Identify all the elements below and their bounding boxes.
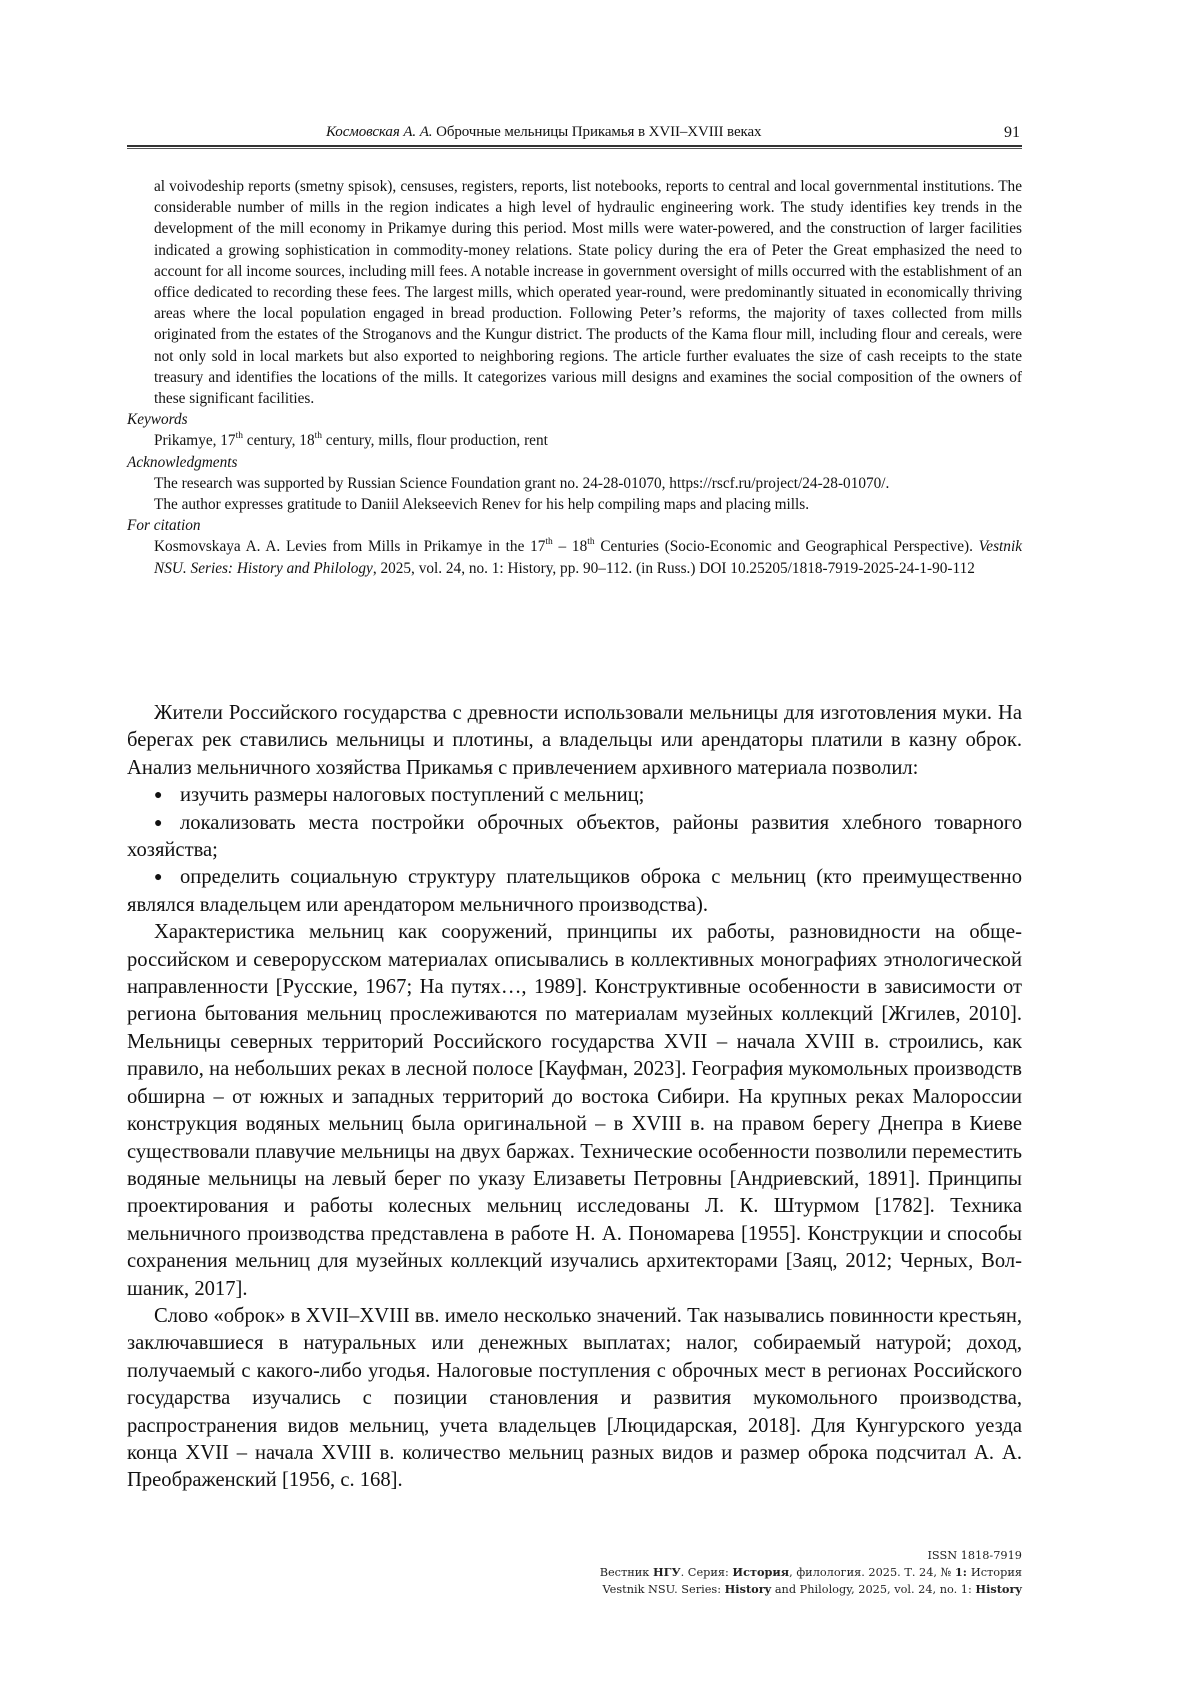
bullet-icon: ● bbox=[154, 864, 180, 891]
running-head-title: Космовская А. А. Оброчные мельницы Прика… bbox=[326, 124, 761, 141]
page-number: 91 bbox=[1004, 124, 1020, 142]
acknowledgment-grant: The research was supported by Russian Sc… bbox=[154, 473, 1022, 494]
running-head-author: Космовская А. А. bbox=[326, 124, 432, 140]
footer-en: Vestnik NSU. Series: History and Philolo… bbox=[522, 1581, 1022, 1598]
abstract-section: al voivodeship reports (smetny spisok), … bbox=[127, 176, 1022, 579]
citation-text: Kosmovskaya A. A. Levies from Mills in P… bbox=[154, 536, 1022, 578]
footer-ru: Вестник НГУ. Серия: История, филология. … bbox=[522, 1564, 1022, 1581]
main-text: Жители Российского государства с древнос… bbox=[127, 700, 1022, 1495]
citation-label: For citation bbox=[127, 515, 1022, 536]
keywords-label: Keywords bbox=[127, 409, 1022, 430]
abstract-body: al voivodeship reports (smetny spisok), … bbox=[154, 176, 1022, 409]
issn: ISSN 1818-7919 bbox=[522, 1547, 1022, 1564]
paragraph-obrok: Слово «оброк» в XVII–XVIII вв. имело нес… bbox=[127, 1303, 1022, 1495]
intro-paragraph: Жители Российского государства с древнос… bbox=[127, 700, 1022, 782]
acknowledgments-label: Acknowledgments bbox=[127, 452, 1022, 473]
running-head: Космовская А. А. Оброчные мельницы Прика… bbox=[127, 124, 1022, 146]
list-item: ●локализовать места постройки оброчных о… bbox=[127, 810, 1022, 865]
bullet-icon: ● bbox=[154, 782, 180, 809]
paragraph-literature-review: Характеристика мельниц как сооружений, п… bbox=[127, 919, 1022, 1303]
acknowledgment-gratitude: The author expresses gratitude to Daniil… bbox=[154, 494, 1022, 515]
keywords-text: Prikamye, 17th century, 18th century, mi… bbox=[154, 430, 1022, 451]
journal-footer: ISSN 1818-7919 Вестник НГУ. Серия: Истор… bbox=[522, 1547, 1022, 1598]
list-item: ●изучить размеры налоговых поступлений с… bbox=[127, 782, 1022, 809]
list-item: ●определить социальную структуру платель… bbox=[127, 864, 1022, 919]
bullet-icon: ● bbox=[154, 810, 180, 837]
running-head-article-title: Оброчные мельницы Прикамья в XVII–XVIII … bbox=[432, 124, 761, 140]
